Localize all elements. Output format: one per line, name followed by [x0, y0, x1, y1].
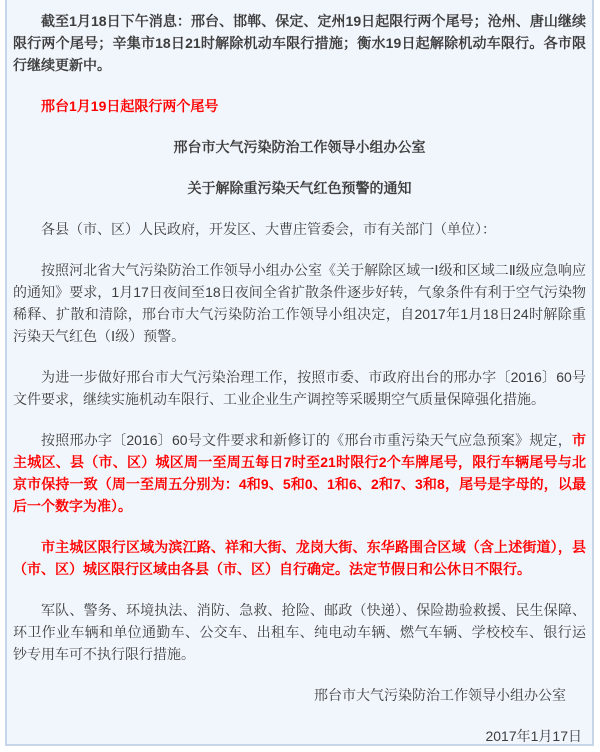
- body-paragraph-restriction: 按照邢办字〔2016〕60号文件要求和新修订的《邢台市重污染天气应急预案》规定，…: [13, 429, 586, 517]
- restriction-paragraph-lead: 按照邢办字〔2016〕60号文件要求和新修订的《邢台市重污染天气应急预案》规定，: [41, 432, 572, 448]
- salutation-line: 各县（市、区）人民政府，开发区、大曹庄管委会，市有关部门（单位）：: [13, 218, 586, 240]
- notice-panel: 截至1月18日下午消息：邢台、邯郸、保定、定州19日起限行两个尾号；沧州、唐山继…: [5, 0, 594, 746]
- body-paragraph-warning-lift: 按照河北省大气污染防治工作领导小组办公室《关于解除区域一Ⅰ级和区域二Ⅱ级应急响应…: [13, 259, 586, 347]
- exemption-vehicles-paragraph: 军队、警务、环境执法、消防、急救、抢险、邮政（快递）、保险勘验救援、民生保障、环…: [13, 599, 586, 665]
- signature-line: 邢台市大气污染防治工作领导小组办公室: [13, 684, 586, 706]
- body-paragraph-measures: 为进一步做好邢台市大气污染治理工作，按照市委、市政府出台的邢办字〔2016〕60…: [13, 366, 586, 410]
- restricted-area-paragraph: 市主城区限行区域为滨江路、祥和大街、龙岗大街、东华路围合区域（含上述街道），县（…: [13, 536, 586, 580]
- news-summary-paragraph: 截至1月18日下午消息：邢台、邯郸、保定、定州19日起限行两个尾号；沧州、唐山继…: [13, 10, 586, 76]
- issuer-heading: 邢台市大气污染防治工作领导小组办公室: [13, 136, 586, 158]
- notice-title: 关于解除重污染天气红色预警的通知: [13, 177, 586, 199]
- red-subheading: 邢台1月19日起限行两个尾号: [13, 95, 586, 117]
- date-line: 2017年1月17日: [13, 725, 586, 746]
